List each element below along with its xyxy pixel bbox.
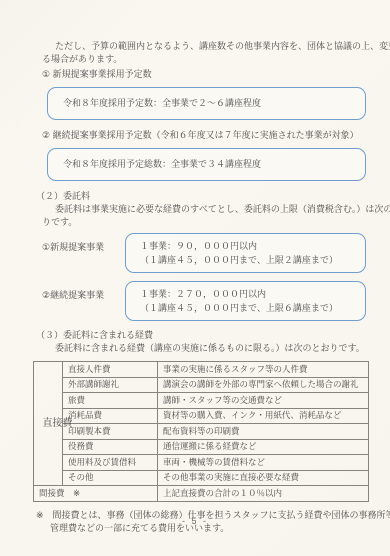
continued-proposal-fee-line-2: （１講座４５，０００円まで、上限６講座まで） — [140, 301, 355, 315]
table-row: 外部講師謝礼 講演会の講師を外部の専門家へ依頼した場合の謝礼 — [34, 377, 369, 393]
expense-desc: 事業の実施に係るスタッフ等の人件費 — [158, 362, 369, 378]
indirect-cost-desc: 上記直接費の合計の１０％以内 — [158, 486, 369, 502]
expense-desc: 通信運搬に係る経費など — [158, 439, 369, 455]
table-row: 直接費 直接人件費 事業の実施に係るスタッフ等の人件費 — [34, 362, 369, 378]
continued-proposal-heading: ② 継続提案事業採用予定数（令和６年度又は７年度に実施された事業が対象） — [42, 129, 390, 142]
new-proposal-fee-row: ①新規提案事業 １事業：９０，０００円以内 （１講座４５，０００円まで、上限２講… — [42, 233, 366, 273]
expense-desc: その他事業の実施に直接必要な経費 — [158, 470, 369, 486]
expense-item: 外部講師謝礼 — [63, 377, 158, 393]
table-row: 役務費 通信運搬に係る経費など — [34, 439, 369, 455]
expenses-intro: 委託料に含まれる経費（講座の実施に係るものに限る。）は次のとおりです。 — [55, 342, 390, 355]
expense-item: 旅費 — [63, 393, 158, 409]
continued-proposal-fee-row: ②継続提案事業 １事業：２７０，０００円以内 （１講座４５，０００円まで、上限６… — [42, 281, 366, 321]
expense-desc: 配布資料等の印刷費 — [158, 424, 369, 440]
new-proposal-fee-line-1: １事業：９０，０００円以内 — [140, 239, 355, 253]
continued-proposal-fee-line-1: １事業：２７０，０００円以内 — [140, 287, 355, 301]
direct-cost-group-cell: 直接費 — [34, 362, 63, 486]
intro-line-2: る場合があります。 — [42, 53, 390, 66]
table-row: 旅費 講師・スタッフ等の交通費など — [34, 393, 369, 409]
table-row: 使用料及び賃借料 車両・機械等の賃借料など — [34, 455, 369, 471]
expense-desc: 資材等の購入費、インク・用紙代、消耗品など — [158, 408, 369, 424]
expense-item: 消耗品費 — [63, 408, 158, 424]
expense-item: 印刷製本費 — [63, 424, 158, 440]
intro-line-1: ただし、予算の範囲内となるよう、講座数その他事業内容を、団体と協議の上、変更す — [55, 40, 390, 53]
new-proposal-fee-label: ①新規提案事業 — [42, 233, 125, 254]
new-proposal-fee-line-2: （１講座４５，０００円まで、上限２講座まで） — [140, 253, 355, 267]
expense-item: 使用料及び賃借料 — [63, 455, 158, 471]
direct-cost-group-label: 直接費 — [43, 408, 54, 439]
indirect-cost-item: 間接費 ※ — [34, 486, 158, 502]
continued-proposal-fee-box: １事業：２７０，０００円以内 （１講座４５，０００円まで、上限６講座まで） — [125, 281, 366, 321]
document-page: ただし、予算の範囲内となるよう、講座数その他事業内容を、団体と協議の上、変更す … — [0, 0, 390, 556]
table-row: 消耗品費 資材等の購入費、インク・用紙代、消耗品など — [34, 408, 369, 424]
new-proposal-heading: ① 新規提案事業採用予定数 — [42, 68, 390, 81]
fees-section-heading: （２）委託料 — [36, 190, 390, 203]
continued-proposal-fee-label: ②継続提案事業 — [42, 281, 125, 302]
page-number: - 5 - — [0, 515, 390, 528]
continued-proposal-count-text: 令和８年度採用予定総数：全事業で３４講座程度 — [63, 158, 261, 171]
expense-desc: 車両・機械等の賃借料など — [158, 455, 369, 471]
expense-desc: 講演会の講師を外部の専門家へ依頼した場合の謝礼 — [158, 377, 369, 393]
expense-item: 直接人件費 — [63, 362, 158, 378]
new-proposal-fee-box: １事業：９０，０００円以内 （１講座４５，０００円まで、上限２講座まで） — [125, 233, 366, 273]
fees-intro-line-2: りです。 — [42, 216, 390, 229]
table-row: 印刷製本費 配布資料等の印刷費 — [34, 424, 369, 440]
table-row-indirect: 間接費 ※ 上記直接費の合計の１０％以内 — [34, 486, 369, 502]
new-proposal-count-box: 令和８年度採用予定数：全事業で２～６講座程度 — [47, 87, 366, 120]
table-row: その他 その他事業の実施に直接必要な経費 — [34, 470, 369, 486]
expense-item: その他 — [63, 470, 158, 486]
continued-proposal-count-box: 令和８年度採用予定総数：全事業で３４講座程度 — [47, 148, 366, 181]
expense-desc: 講師・スタッフ等の交通費など — [158, 393, 369, 409]
expenses-section-heading: （３）委託料に含まれる経費 — [36, 329, 390, 342]
new-proposal-count-text: 令和８年度採用予定数：全事業で２～６講座程度 — [63, 97, 261, 110]
expenses-table: 直接費 直接人件費 事業の実施に係るスタッフ等の人件費 外部講師謝礼 講演会の講… — [33, 361, 369, 502]
expense-item: 役務費 — [63, 439, 158, 455]
fees-intro-line-1: 委託料は事業実施に必要な経費のすべてとし、委託料の上限（消費税含む。）は次のとお — [55, 203, 390, 216]
